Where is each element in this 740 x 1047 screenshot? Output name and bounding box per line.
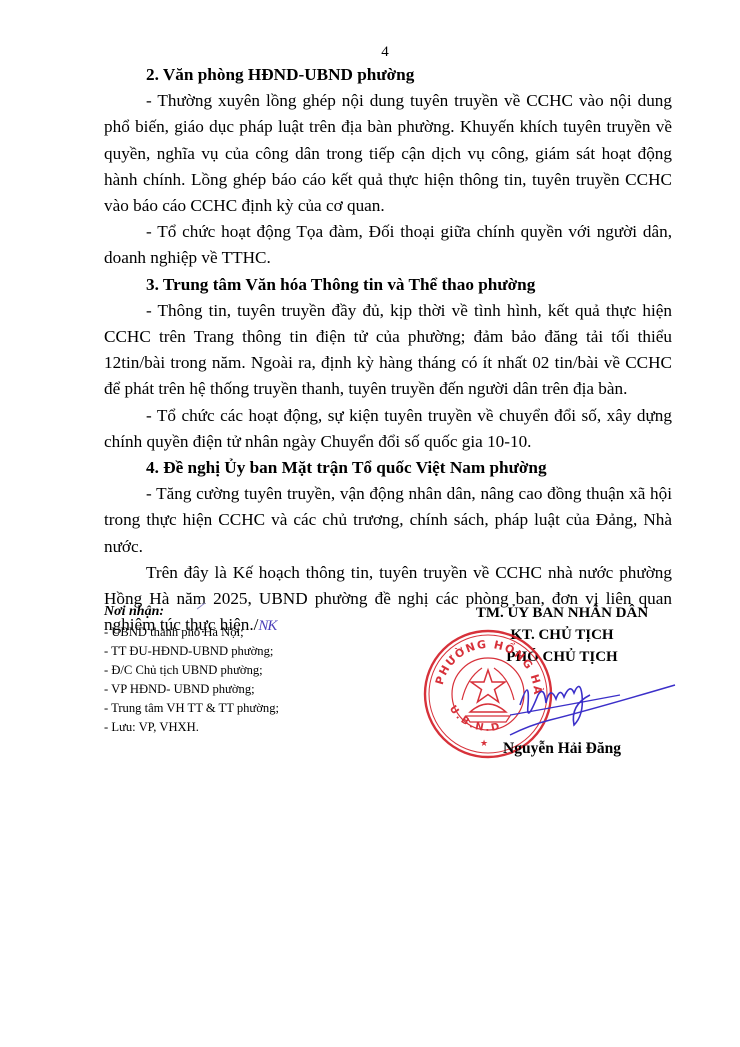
section-heading: 3. Trung tâm Văn hóa Thông tin và Thể th… bbox=[104, 272, 672, 298]
recipient-item: - UBND thành phố Hà Nội; bbox=[104, 623, 364, 642]
paragraph: - Tăng cường tuyên truyền, vận động nhân… bbox=[104, 481, 672, 560]
page-number: 4 bbox=[0, 44, 740, 61]
section-heading: 4. Đề nghị Ủy ban Mặt trận Tổ quốc Việt … bbox=[104, 455, 672, 481]
paragraph: - Thường xuyên lồng ghép nội dung tuyên … bbox=[104, 88, 672, 219]
signature-line-1: TM. ỦY BAN NHÂN DÂN bbox=[448, 602, 676, 624]
recipients-block: Nơi nhận: - UBND thành phố Hà Nội; - TT … bbox=[104, 602, 364, 737]
paragraph: - Thông tin, tuyên truyền đầy đủ, kịp th… bbox=[104, 298, 672, 403]
document-body: 2. Văn phòng HĐND-UBND phường - Thường x… bbox=[104, 62, 672, 639]
recipient-item: - TT ĐU-HĐND-UBND phường; bbox=[104, 642, 364, 661]
signer-name: Nguyễn Hải Đăng bbox=[472, 740, 652, 758]
recipient-item: - Đ/C Chủ tịch UBND phường; bbox=[104, 661, 364, 680]
recipient-item: - Trung tâm VH TT & TT phường; bbox=[104, 699, 364, 718]
recipient-item: - Lưu: VP, VHXH. bbox=[104, 718, 364, 737]
handwritten-signature-icon bbox=[500, 665, 680, 745]
paragraph: - Tổ chức các hoạt động, sự kiện tuyên t… bbox=[104, 403, 672, 455]
section-heading: 2. Văn phòng HĐND-UBND phường bbox=[104, 62, 672, 88]
recipients-list: - UBND thành phố Hà Nội; - TT ĐU-HĐND-UB… bbox=[104, 623, 364, 737]
recipients-title: Nơi nhận: bbox=[104, 602, 364, 621]
recipient-item: - VP HĐND- UBND phường; bbox=[104, 680, 364, 699]
paragraph: - Tổ chức hoạt động Tọa đàm, Đối thoại g… bbox=[104, 219, 672, 271]
